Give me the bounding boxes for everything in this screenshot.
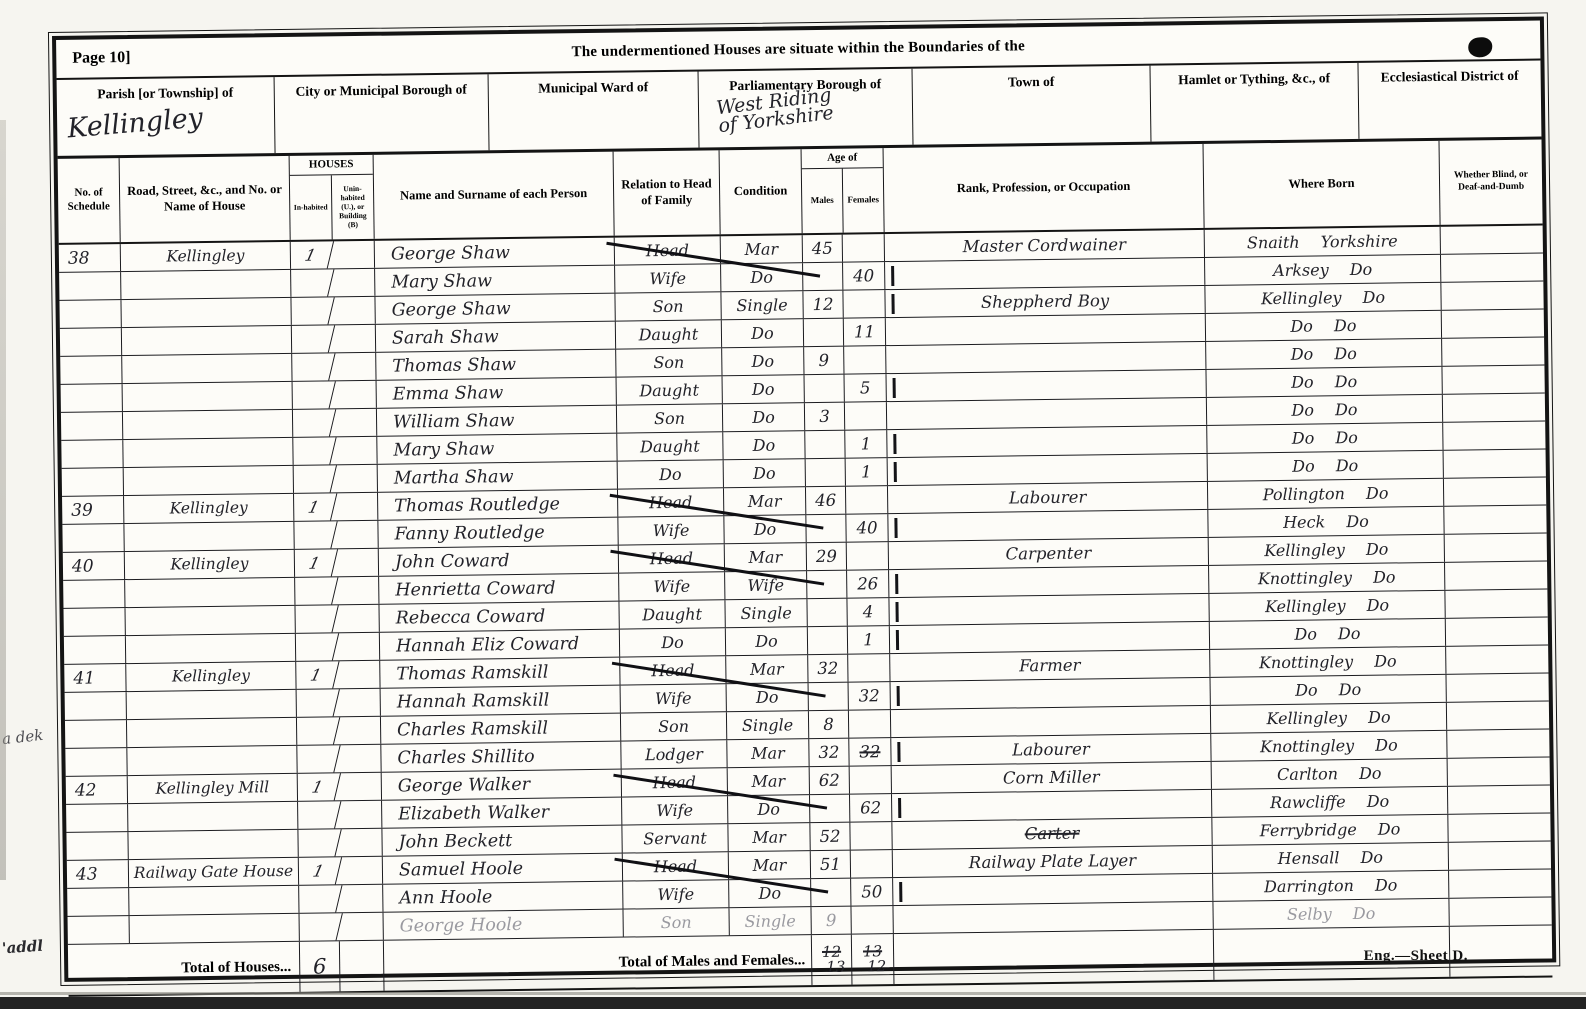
cell-infirm <box>1449 897 1551 925</box>
header-condition: Condition <box>720 149 803 234</box>
cell-road: Kellingley <box>124 494 294 523</box>
cell-name: George Walker <box>382 770 622 800</box>
cell-age-female <box>843 234 885 262</box>
cell-uninhabited <box>338 801 382 829</box>
cell-uninhabited <box>334 521 378 549</box>
cell-age-male <box>805 375 845 403</box>
cell-where-born: Kellingley Do <box>1211 703 1447 733</box>
cell-where-born: Hensall Do <box>1213 843 1449 873</box>
cell-age-female: 40 <box>846 514 888 542</box>
cell-schedule <box>68 916 130 944</box>
cell-where-born: Darrington Do <box>1213 871 1449 901</box>
cell-schedule <box>67 888 129 916</box>
cell-age-female: 32 <box>849 738 891 766</box>
cell-occupation <box>892 790 1212 821</box>
cell-age-female: 4 <box>847 598 889 626</box>
cell-occupation <box>891 678 1211 709</box>
header-rank: Rank, Profession, or Occupation <box>884 144 1205 232</box>
cell-age-female <box>847 542 889 570</box>
cell-age-female <box>843 290 885 318</box>
cell-relation: Head <box>623 852 729 880</box>
cell-infirm <box>1447 701 1549 729</box>
cell-road <box>122 326 292 355</box>
cell-schedule <box>61 412 123 440</box>
cell-occupation <box>893 902 1213 933</box>
cell-name: Rebecca Coward <box>379 602 619 632</box>
totals-spacer-1 <box>340 941 385 992</box>
cell-relation: Son <box>617 404 723 432</box>
cell-relation: Head <box>618 488 724 516</box>
cell-inhabited <box>296 913 342 941</box>
cell-uninhabited <box>333 437 377 465</box>
cell-road <box>127 718 297 747</box>
cell-schedule <box>64 636 126 664</box>
sheet-label: Eng.—Sheet D. <box>1364 948 1468 965</box>
cell-road: Railway Gate House <box>129 858 299 887</box>
cell-uninhabited <box>334 493 378 521</box>
cell-name: Mary Shaw <box>375 266 615 296</box>
cell-occupation <box>891 706 1211 737</box>
cell-name: Samuel Hoole <box>383 854 623 884</box>
cell-infirm <box>1448 813 1550 841</box>
cell-schedule <box>60 356 122 384</box>
cell-age-female <box>844 346 886 374</box>
cell-name: Henrietta Coward <box>379 574 619 604</box>
cell-age-female: 40 <box>843 262 885 290</box>
cell-uninhabited <box>336 633 380 661</box>
cell-name: George Hoole <box>384 910 624 940</box>
cell-where-born: Knottingley Do <box>1210 647 1446 677</box>
cell-condition: Do <box>723 403 805 431</box>
cell-condition: Mar <box>726 655 808 683</box>
cell-uninhabited <box>337 689 381 717</box>
cell-relation: Wife <box>623 880 729 908</box>
cell-name: Charles Shillito <box>381 742 621 772</box>
cell-infirm <box>1446 645 1548 673</box>
cell-relation: Do <box>620 628 726 656</box>
cell-road: Kellingley <box>121 242 291 271</box>
cell-name: Ann Hoole <box>383 882 623 912</box>
cell-relation: Wife <box>619 572 725 600</box>
cell-condition: Wife <box>725 571 807 599</box>
boundary-parish-value: Kellingley <box>66 105 204 142</box>
cell-age-female <box>850 822 892 850</box>
cell-uninhabited <box>333 409 377 437</box>
cell-occupation <box>887 426 1207 457</box>
boundary-parish: Parish [or Township] of Kellingley <box>57 77 276 156</box>
cell-condition: Mar <box>721 235 803 263</box>
cell-road: Kellingley <box>125 550 295 579</box>
cell-age-female: 1 <box>845 430 887 458</box>
cell-road <box>127 690 297 719</box>
cell-road <box>125 578 295 607</box>
cell-uninhabited <box>332 353 376 381</box>
cell-age-male: 62 <box>810 767 850 795</box>
total-females-corrected: 12 <box>867 959 886 974</box>
cell-age-male: 9 <box>804 347 844 375</box>
cell-where-born: Do Do <box>1210 619 1446 649</box>
cell-relation: Daught <box>616 320 722 348</box>
header-name: Name and Surname of each Person <box>374 152 615 239</box>
cell-occupation <box>888 454 1208 485</box>
cell-uninhabited <box>337 745 381 773</box>
cell-uninhabited <box>335 577 379 605</box>
cell-uninhabited <box>331 297 375 325</box>
cell-age-female: 5 <box>845 374 887 402</box>
cell-age-male <box>803 263 843 291</box>
cell-where-born: Kellingley Do <box>1205 283 1441 313</box>
total-houses-label: Total of Houses... <box>68 942 301 995</box>
cell-infirm <box>1446 673 1548 701</box>
cell-road <box>126 634 296 663</box>
cell-infirm <box>1444 505 1546 533</box>
cell-schedule: 41 <box>64 664 126 692</box>
total-mf-label: Total of Males and Females... <box>384 935 813 991</box>
cell-inhabited <box>295 829 341 857</box>
cell-inhabited: 1 <box>291 493 337 521</box>
cell-name: Mary Shaw <box>377 434 617 464</box>
cell-uninhabited <box>339 885 383 913</box>
cell-condition: Do <box>724 515 806 543</box>
cell-inhabited <box>292 577 338 605</box>
cell-occupation: Carter <box>892 818 1212 849</box>
scan-edge-strip <box>0 997 1586 1009</box>
cell-uninhabited <box>336 661 380 689</box>
header-females: Females <box>843 168 884 233</box>
cell-age-male: 29 <box>807 543 847 571</box>
cell-age-male: 51 <box>811 851 851 879</box>
cell-age-female: 32 <box>849 682 891 710</box>
cell-uninhabited <box>334 465 378 493</box>
cell-condition: Do <box>724 459 806 487</box>
cell-occupation <box>889 566 1209 597</box>
cell-schedule <box>63 608 125 636</box>
cell-occupation: Labourer <box>888 482 1208 513</box>
cell-age-male <box>804 319 844 347</box>
cell-name: Thomas Routledge <box>378 490 618 520</box>
cell-infirm <box>1442 365 1544 393</box>
cell-road <box>121 270 291 299</box>
cell-name: Sarah Shaw <box>376 322 616 352</box>
cell-road <box>123 438 293 467</box>
cell-age-female: 62 <box>850 794 892 822</box>
cell-age-female: 50 <box>851 878 893 906</box>
cell-infirm <box>1446 617 1548 645</box>
cell-inhabited: 1 <box>292 549 338 577</box>
cell-condition: Do <box>722 319 804 347</box>
cell-uninhabited <box>331 241 375 269</box>
cell-age-female <box>849 710 891 738</box>
cell-name: Emma Shaw <box>377 378 617 408</box>
cell-inhabited <box>296 885 342 913</box>
boundary-town: Town of <box>913 66 1152 145</box>
cell-age-female <box>850 766 892 794</box>
cell-uninhabited <box>338 773 382 801</box>
cell-road <box>123 382 293 411</box>
cell-name: Elizabeth Walker <box>382 798 622 828</box>
cell-age-female <box>845 402 887 430</box>
cell-relation: Daught <box>619 600 725 628</box>
cell-name: George Shaw <box>375 294 615 324</box>
cell-age-male <box>808 627 848 655</box>
cell-age-female: 26 <box>847 570 889 598</box>
cell-uninhabited <box>337 717 381 745</box>
header-males: Males <box>802 168 844 233</box>
cell-relation: Wife <box>622 796 728 824</box>
cell-name: John Coward <box>379 546 619 576</box>
boundary-hamlet-label: Hamlet or Tything, &c., of <box>1150 63 1357 90</box>
table-body: 38 Kellingley 1 George Shaw Head Mar 45 … <box>59 226 1552 945</box>
cell-name: John Beckett <box>382 826 622 856</box>
cell-road <box>130 914 300 943</box>
cell-inhabited <box>292 605 338 633</box>
cell-road <box>124 522 294 551</box>
cell-age-female <box>851 906 893 934</box>
cell-uninhabited <box>339 857 383 885</box>
cell-infirm <box>1445 533 1547 561</box>
cell-age-male <box>811 879 851 907</box>
cell-condition: Mar <box>728 767 810 795</box>
cell-where-born: Do Do <box>1206 311 1442 341</box>
cell-where-born: Selby Do <box>1213 899 1449 929</box>
cell-inhabited <box>290 437 336 465</box>
cell-relation: Do <box>618 460 724 488</box>
cell-condition: Mar <box>727 739 809 767</box>
cell-age-female <box>846 486 888 514</box>
cell-occupation: Labourer <box>891 734 1211 765</box>
cell-relation: Son <box>615 292 721 320</box>
cell-road <box>128 802 298 831</box>
total-males-corrected: 13 <box>826 960 845 975</box>
cell-uninhabited <box>340 913 384 941</box>
scanned-census-page: a dek 'addl Page 10] The undermentioned … <box>0 0 1586 1009</box>
cell-infirm <box>1445 561 1547 589</box>
cell-relation: Daught <box>617 432 723 460</box>
cell-relation: Son <box>616 348 722 376</box>
cell-road: Kellingley <box>126 662 296 691</box>
cell-occupation: Master Cordwainer <box>885 230 1205 261</box>
cell-relation: Wife <box>618 516 724 544</box>
cell-uninhabited <box>332 325 376 353</box>
scan-smudge <box>0 120 6 880</box>
cell-age-male: 8 <box>809 711 849 739</box>
marginalia-note-mid: a dek <box>1 726 44 748</box>
boundary-town-label: Town of <box>913 66 1150 93</box>
census-form: Page 10] The undermentioned Houses are s… <box>52 16 1556 981</box>
cell-road <box>128 830 298 859</box>
cell-schedule <box>59 272 121 300</box>
cell-age-female: 1 <box>848 626 890 654</box>
cell-occupation <box>893 874 1213 905</box>
cell-inhabited <box>288 269 334 297</box>
cell-road <box>123 410 293 439</box>
cell-occupation <box>886 342 1206 373</box>
cell-name: Martha Shaw <box>378 462 618 492</box>
cell-where-born: Kellingley Do <box>1209 535 1445 565</box>
cell-inhabited <box>290 409 336 437</box>
cell-name: William Shaw <box>377 406 617 436</box>
cell-condition: Mar <box>729 851 811 879</box>
cell-inhabited <box>294 745 340 773</box>
cell-where-born: Knottingley Do <box>1211 731 1447 761</box>
cell-schedule <box>65 748 127 776</box>
cell-occupation: Corn Miller <box>892 762 1212 793</box>
cell-relation: Head <box>615 236 721 264</box>
cell-inhabited: 1 <box>295 773 341 801</box>
cell-inhabited <box>291 521 337 549</box>
total-houses-value: 6 <box>300 941 341 992</box>
cell-schedule: 39 <box>62 496 124 524</box>
cell-name: Charles Ramskill <box>381 714 621 744</box>
cell-uninhabited <box>335 549 379 577</box>
cell-infirm <box>1442 337 1544 365</box>
cell-infirm <box>1442 309 1544 337</box>
cell-schedule: 43 <box>67 860 129 888</box>
cell-occupation <box>890 622 1210 653</box>
cell-condition: Do <box>729 879 811 907</box>
cell-occupation <box>886 370 1206 401</box>
cell-where-born: Pollington Do <box>1208 479 1444 509</box>
cell-infirm <box>1444 477 1546 505</box>
boundary-ecclesiastical-label: Ecclesiastical District of <box>1358 61 1540 87</box>
cell-uninhabited <box>338 829 382 857</box>
cell-occupation: Carpenter <box>889 538 1209 569</box>
cell-condition: Do <box>726 627 808 655</box>
cell-inhabited: 1 <box>296 857 342 885</box>
cell-schedule <box>59 300 121 328</box>
header-uninhabited: Unin-habited (U.), or Building (B) <box>332 175 374 240</box>
header-houses-group: HOUSES In-habited Unin-habited (U.), or … <box>290 155 375 240</box>
cell-occupation <box>889 594 1209 625</box>
cell-infirm <box>1449 841 1551 869</box>
cell-where-born: Rawcliffe Do <box>1212 787 1448 817</box>
cell-where-born: Do Do <box>1208 451 1444 481</box>
boundary-hamlet: Hamlet or Tything, &c., of <box>1150 63 1359 142</box>
cell-condition: Do <box>723 375 805 403</box>
cell-where-born: Knottingley Do <box>1209 563 1445 593</box>
header-inhabited: In-habited <box>290 175 333 240</box>
cell-relation: Wife <box>621 684 727 712</box>
cell-schedule <box>61 440 123 468</box>
cell-name: Hannah Ramskill <box>381 686 621 716</box>
boundary-parliamentary: Parliamentary Borough of West Riding of … <box>699 69 914 148</box>
cell-where-born: Carlton Do <box>1212 759 1448 789</box>
marginalia-note-bottom: 'addl <box>1 937 43 958</box>
cell-age-male <box>805 431 845 459</box>
cell-inhabited <box>289 353 335 381</box>
cell-name: Thomas Ramskill <box>380 658 620 688</box>
boundary-ecclesiastical: Ecclesiastical District of <box>1358 61 1541 139</box>
cell-relation: Wife <box>615 264 721 292</box>
cell-infirm <box>1448 757 1550 785</box>
cell-occupation: Sheppherd Boy <box>885 286 1205 317</box>
cell-inhabited <box>288 297 334 325</box>
cell-road <box>125 606 295 635</box>
total-females: 13 12 <box>852 934 895 985</box>
cell-condition: Single <box>729 907 811 935</box>
header-houses: HOUSES <box>290 155 373 176</box>
cell-schedule <box>66 804 128 832</box>
cell-relation: Head <box>620 656 726 684</box>
cell-condition: Do <box>728 795 810 823</box>
cell-condition: Mar <box>725 543 807 571</box>
cell-occupation: Railway Plate Layer <box>893 846 1213 877</box>
scan-edge-shadow <box>0 992 1586 995</box>
cell-infirm <box>1449 869 1551 897</box>
cell-inhabited <box>294 717 340 745</box>
cell-relation: Head <box>619 544 725 572</box>
cell-inhabited: 1 <box>293 661 339 689</box>
cell-relation: Son <box>621 712 727 740</box>
cell-schedule <box>62 524 124 552</box>
cell-infirm <box>1443 393 1545 421</box>
cell-condition: Single <box>725 599 807 627</box>
cell-age-male <box>806 459 846 487</box>
cell-uninhabited <box>333 381 377 409</box>
cell-road: Kellingley Mill <box>128 774 298 803</box>
cell-age-male: 9 <box>811 907 851 935</box>
cell-schedule <box>62 468 124 496</box>
boundary-ward-label: Municipal Ward of <box>489 72 698 99</box>
cell-age-male: 3 <box>805 403 845 431</box>
cell-occupation <box>887 398 1207 429</box>
header-schedule: No. of Schedule <box>58 158 121 243</box>
cell-name: George Shaw <box>375 238 615 268</box>
header-road: Road, Street, &c., and No. or Name of Ho… <box>120 156 291 242</box>
cell-occupation <box>885 258 1205 289</box>
cell-road <box>127 746 297 775</box>
cell-condition: Do <box>722 347 804 375</box>
cell-schedule: 38 <box>59 244 121 272</box>
cell-occupation <box>886 314 1206 345</box>
cell-occupation: Farmer <box>890 650 1210 681</box>
cell-inhabited <box>293 633 339 661</box>
cell-uninhabited <box>335 605 379 633</box>
cell-schedule <box>63 580 125 608</box>
cell-where-born: Arksey Do <box>1205 255 1441 285</box>
cell-road <box>121 298 291 327</box>
totals-spacer-2 <box>894 930 1215 984</box>
cell-age-female: 1 <box>846 458 888 486</box>
ink-blot <box>1468 37 1492 57</box>
cell-infirm <box>1443 421 1545 449</box>
cell-infirm <box>1441 281 1543 309</box>
cell-inhabited <box>294 689 340 717</box>
cell-relation: Son <box>623 908 729 936</box>
cell-infirm <box>1447 729 1549 757</box>
header-infirm: Whether Blind, or Deaf-and-Dumb <box>1439 140 1542 225</box>
cell-condition: Single <box>721 291 803 319</box>
cell-schedule: 42 <box>66 776 128 804</box>
cell-name: Fanny Routledge <box>378 518 618 548</box>
total-males: 12 13 <box>812 935 853 986</box>
form-title: The undermentioned Houses are situate wi… <box>56 31 1540 67</box>
cell-age-male: 52 <box>810 823 850 851</box>
cell-condition: Mar <box>728 823 810 851</box>
boundary-city: City or Municipal Borough of <box>275 74 490 153</box>
header-age-group: Age of Males Females <box>802 148 885 233</box>
cell-name: Hannah Eliz Coward <box>380 630 620 660</box>
header-relation: Relation to Head of Family <box>614 150 721 235</box>
cell-age-female <box>848 654 890 682</box>
cell-where-born: Do Do <box>1206 339 1442 369</box>
cell-age-male <box>807 571 847 599</box>
cell-occupation <box>888 510 1208 541</box>
cell-age-male: 32 <box>808 655 848 683</box>
cell-age-male <box>810 795 850 823</box>
cell-age-male: 45 <box>803 235 843 263</box>
boundary-ward: Municipal Ward of <box>489 72 700 151</box>
